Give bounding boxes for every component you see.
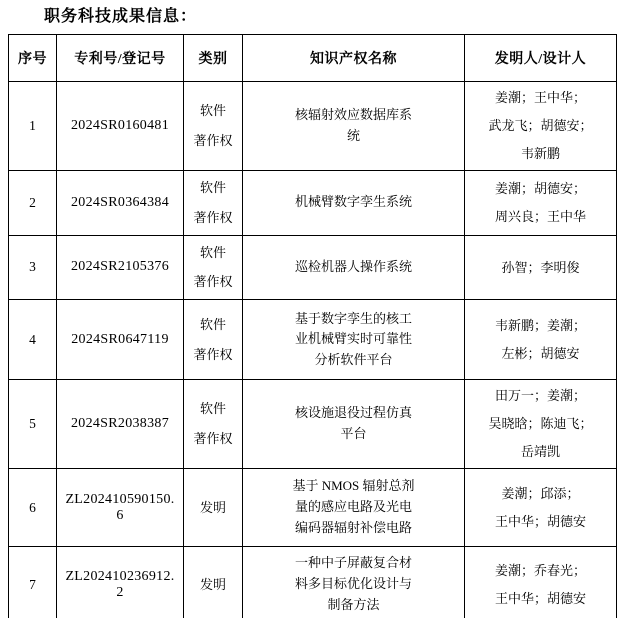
cell-ip-name: 核辐射效应数据库系 统 <box>243 82 465 171</box>
table-row: 4 2024SR0647119 软件 著作权 基于数字孪生的核工 业机械臂实时可… <box>9 300 617 380</box>
cell-ip-name: 机械臂数字孪生系统 <box>243 170 465 235</box>
cell-category: 发明 <box>184 469 243 547</box>
cell-inventors: 姜潮；胡德安； 周兴良；王中华 <box>465 170 617 235</box>
cell-ip-name: 一种中子屏蔽复合材 料多目标优化设计与 制备方法 <box>243 547 465 618</box>
cell-category: 软件 著作权 <box>184 235 243 300</box>
header-patent-no: 专利号/登记号 <box>57 35 184 82</box>
cell-category: 软件 著作权 <box>184 380 243 469</box>
header-category: 类别 <box>184 35 243 82</box>
cell-ip-name: 巡检机器人操作系统 <box>243 235 465 300</box>
cell-no: 2 <box>9 170 57 235</box>
cell-patent-no: ZL202410236912. 2 <box>57 547 184 618</box>
cell-inventors: 姜潮；王中华； 武龙飞；胡德安； 韦新鹏 <box>465 82 617 171</box>
table-row: 5 2024SR2038387 软件 著作权 核设施退役过程仿真 平台 田万一；… <box>9 380 617 469</box>
cell-category: 软件 著作权 <box>184 82 243 171</box>
cell-ip-name: 基于 NMOS 辐射总剂 量的感应电路及光电 编码器辐射补偿电路 <box>243 469 465 547</box>
cell-no: 1 <box>9 82 57 171</box>
cell-ip-name: 基于数字孪生的核工 业机械臂实时可靠性 分析软件平台 <box>243 300 465 380</box>
table-row: 2 2024SR0364384 软件 著作权 机械臂数字孪生系统 姜潮；胡德安；… <box>9 170 617 235</box>
cell-ip-name: 核设施退役过程仿真 平台 <box>243 380 465 469</box>
header-inventors: 发明人/设计人 <box>465 35 617 82</box>
cell-patent-no: 2024SR0160481 <box>57 82 184 171</box>
header-ip-name: 知识产权名称 <box>243 35 465 82</box>
cell-category: 发明 <box>184 547 243 618</box>
table-header-row: 序号 专利号/登记号 类别 知识产权名称 发明人/设计人 <box>9 35 617 82</box>
achievements-table: 序号 专利号/登记号 类别 知识产权名称 发明人/设计人 1 2024SR016… <box>8 34 617 618</box>
cell-no: 6 <box>9 469 57 547</box>
table-row: 1 2024SR0160481 软件 著作权 核辐射效应数据库系 统 姜潮；王中… <box>9 82 617 171</box>
cell-no: 7 <box>9 547 57 618</box>
cell-patent-no: 2024SR2105376 <box>57 235 184 300</box>
table-row: 7 ZL202410236912. 2 发明 一种中子屏蔽复合材 料多目标优化设… <box>9 547 617 618</box>
cell-inventors: 韦新鹏；姜潮； 左彬；胡德安 <box>465 300 617 380</box>
cell-no: 3 <box>9 235 57 300</box>
table-row: 6 ZL202410590150. 6 发明 基于 NMOS 辐射总剂 量的感应… <box>9 469 617 547</box>
cell-patent-no: 2024SR0364384 <box>57 170 184 235</box>
cell-inventors: 孙智；李明俊 <box>465 235 617 300</box>
cell-patent-no: 2024SR0647119 <box>57 300 184 380</box>
cell-category: 软件 著作权 <box>184 300 243 380</box>
header-no: 序号 <box>9 35 57 82</box>
cell-patent-no: 2024SR2038387 <box>57 380 184 469</box>
page-title: 职务科技成果信息： <box>44 6 624 28</box>
cell-category: 软件 著作权 <box>184 170 243 235</box>
cell-no: 5 <box>9 380 57 469</box>
cell-inventors: 姜潮；乔春光； 王中华；胡德安 <box>465 547 617 618</box>
cell-inventors: 田万一；姜潮； 吴晓晗；陈迪飞； 岳靖凯 <box>465 380 617 469</box>
cell-no: 4 <box>9 300 57 380</box>
cell-patent-no: ZL202410590150. 6 <box>57 469 184 547</box>
table-row: 3 2024SR2105376 软件 著作权 巡检机器人操作系统 孙智；李明俊 <box>9 235 617 300</box>
cell-inventors: 姜潮；邱添； 王中华；胡德安 <box>465 469 617 547</box>
